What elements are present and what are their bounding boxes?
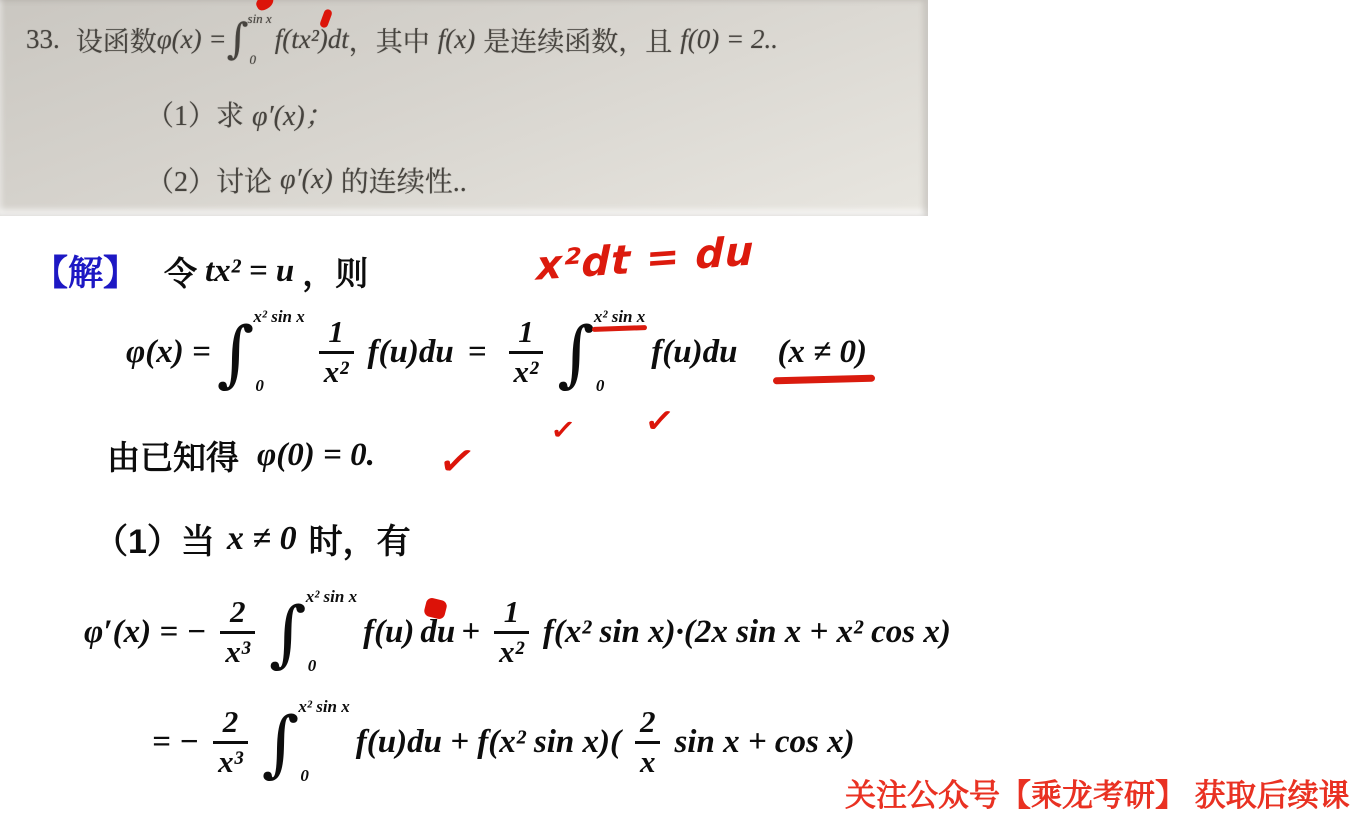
fraction-denominator: x² [509,351,544,389]
red-checkmark-icon: ✓ [549,415,577,447]
fa-lhs: φ(x) = [126,334,211,371]
fa-integrand2: f(u)du [651,334,737,371]
underlined-upper-limit: x² sin x [594,308,645,325]
condition-x-nonzero: (x ≠ 0) [777,334,867,371]
fraction-denominator: x³ [213,741,248,779]
red-checkmark-icon: ✓ [642,403,676,442]
condition-text: (x ≠ 0) [777,334,867,370]
fb-fu: f(u) [363,614,414,651]
problem-statement: 33. 设函数 φ(x) = ∫ sin x 0 f(tx²)dt ，其中 f(… [26,10,778,68]
known-text: 由已知得 [107,432,239,479]
integral-limits: x² sin x 0 [253,306,304,399]
integral-symbol: ∫ x² sin x 0 [557,306,645,399]
fraction-denominator: x [635,741,661,779]
substitution: tx² = u [205,253,294,290]
fraction-numerator: 2 [219,706,243,741]
red-handwriting-note: x²dt = du [536,228,755,289]
fraction-numerator: 2 [226,596,250,631]
fraction: 2 x³ [213,706,248,778]
integral-lower-limit: 0 [253,377,304,394]
f0-value: f(0) = 2.. [680,24,778,55]
fraction-numerator: 1 [514,316,538,351]
fraction-denominator: x² [494,631,529,669]
plus-sign: + [461,614,480,651]
fraction-denominator: x² [319,351,354,389]
fraction-numerator: 1 [324,316,348,351]
case-condition: x ≠ 0 [227,520,297,558]
integral-upper-limit: sin x [248,12,272,25]
case-suffix: 时，有 [309,514,411,563]
integral-sign: ∫ [262,703,300,783]
problem-scan: 33. 设函数 φ(x) = ∫ sin x 0 f(tx²)dt ，其中 f(… [0,0,928,216]
fraction-numerator: 2 [636,706,660,741]
integral-upper-limit: x² sin x [253,308,304,325]
case-prefix: （1）当 [94,514,215,563]
solution-intro: 【解】 令 tx² = u ，则 [33,246,368,296]
case-line: （1）当 x ≠ 0 时，有 [94,514,411,563]
fraction: 1 x² [494,596,529,668]
integral-upper-limit: x² sin x [298,698,349,715]
integral-lower-limit: 0 [298,767,349,784]
integral-sign: ∫ [217,313,255,393]
integral-sign: ∫ [269,593,307,673]
fc-end: sin x + cos x) [674,724,854,761]
formula-phi-prime-simplified: = − 2 x³ ∫ x² sin x 0 f(u)du + f(x² sin … [152,696,855,789]
part1-label: （1）求 [146,94,244,134]
phi-definition: φ(x) = [157,24,227,55]
red-checkmark-icon: ✓ [434,437,478,487]
fc-lhs: = − [152,724,199,761]
fb-du: du [420,614,455,650]
integral-symbol: ∫ x² sin x 0 [262,696,350,789]
fc-mid: f(u)du + f(x² sin x)( [356,724,621,761]
red-underline-icon [773,375,875,385]
formula-phi: φ(x) = ∫ x² sin x 0 1 x² f(u)du = 1 x² ∫… [126,306,867,399]
integral-symbol: ∫ x² sin x 0 [269,586,357,679]
integral-lower-limit: 0 [306,657,357,674]
problem-part2: （2）讨论 φ′(x) 的连续性.. [146,160,467,200]
solution-label: 【解】 [33,246,138,296]
fraction: 1 x² [319,316,354,388]
fraction: 2 x³ [220,596,255,668]
problem-number: 33. [26,24,60,55]
problem-part1: （1）求 φ′(x)； [146,94,333,134]
fraction: 1 x² [509,316,544,388]
fx-term: f(x) [438,24,475,55]
integral-symbol: ∫ x² sin x 0 [217,306,305,399]
fraction-numerator: 1 [500,596,524,631]
part2-math: φ′(x) [280,164,333,196]
fb-rest: f(x² sin x)·(2x sin x + x² cos x) [543,614,951,651]
known-value-line: 由已知得 φ(0) = 0. [107,432,375,479]
then-text: ，则 [302,248,368,295]
fb-lhs: φ′(x) = − [84,614,206,651]
problem-intro-text: 设函数 [76,20,157,59]
integral-limits: x² sin x 0 [306,586,357,679]
lecture-slide: 33. 设函数 φ(x) = ∫ sin x 0 f(tx²)dt ，其中 f(… [0,0,1350,816]
fraction-denominator: x³ [220,631,255,669]
channel-watermark: 关注公众号【乘龙考研】 获取后续课 [845,770,1350,815]
phi-zero-value: φ(0) = 0. [257,437,375,474]
integral-upper-limit: x² sin x [594,307,645,326]
part2-suffix: 的连续性.. [341,160,467,200]
integral-sign: ∫ [227,15,249,63]
fraction: 2 x [635,706,661,778]
red-underline-icon [592,325,648,332]
fa-integrand: f(u)du [368,334,454,371]
problem-mid-text: ，其中 [349,20,430,59]
continuity-text: 是连续函数，且 [483,20,672,59]
integral-sign: ∫ [557,313,595,393]
let-text: 令 [164,248,197,295]
du-with-red-dot: du [420,614,455,651]
integral-symbol: ∫ sin x 0 [227,10,275,68]
integral-limits: x² sin x 0 [298,696,349,789]
integral-lower-limit: 0 [594,377,645,394]
formula-phi-prime: φ′(x) = − 2 x³ ∫ x² sin x 0 f(u) du + 1 … [84,586,951,679]
integral-limits: x² sin x 0 [594,306,645,399]
integral-upper-limit: x² sin x [306,588,357,605]
part1-math: φ′(x)； [252,94,333,134]
integrand: f(tx²)dt [275,24,349,55]
integral-lower-limit: 0 [248,53,272,66]
integral-limits: sin x 0 [248,10,272,68]
part2-label: （2）讨论 [146,160,272,200]
equals-sign: = [468,334,487,371]
